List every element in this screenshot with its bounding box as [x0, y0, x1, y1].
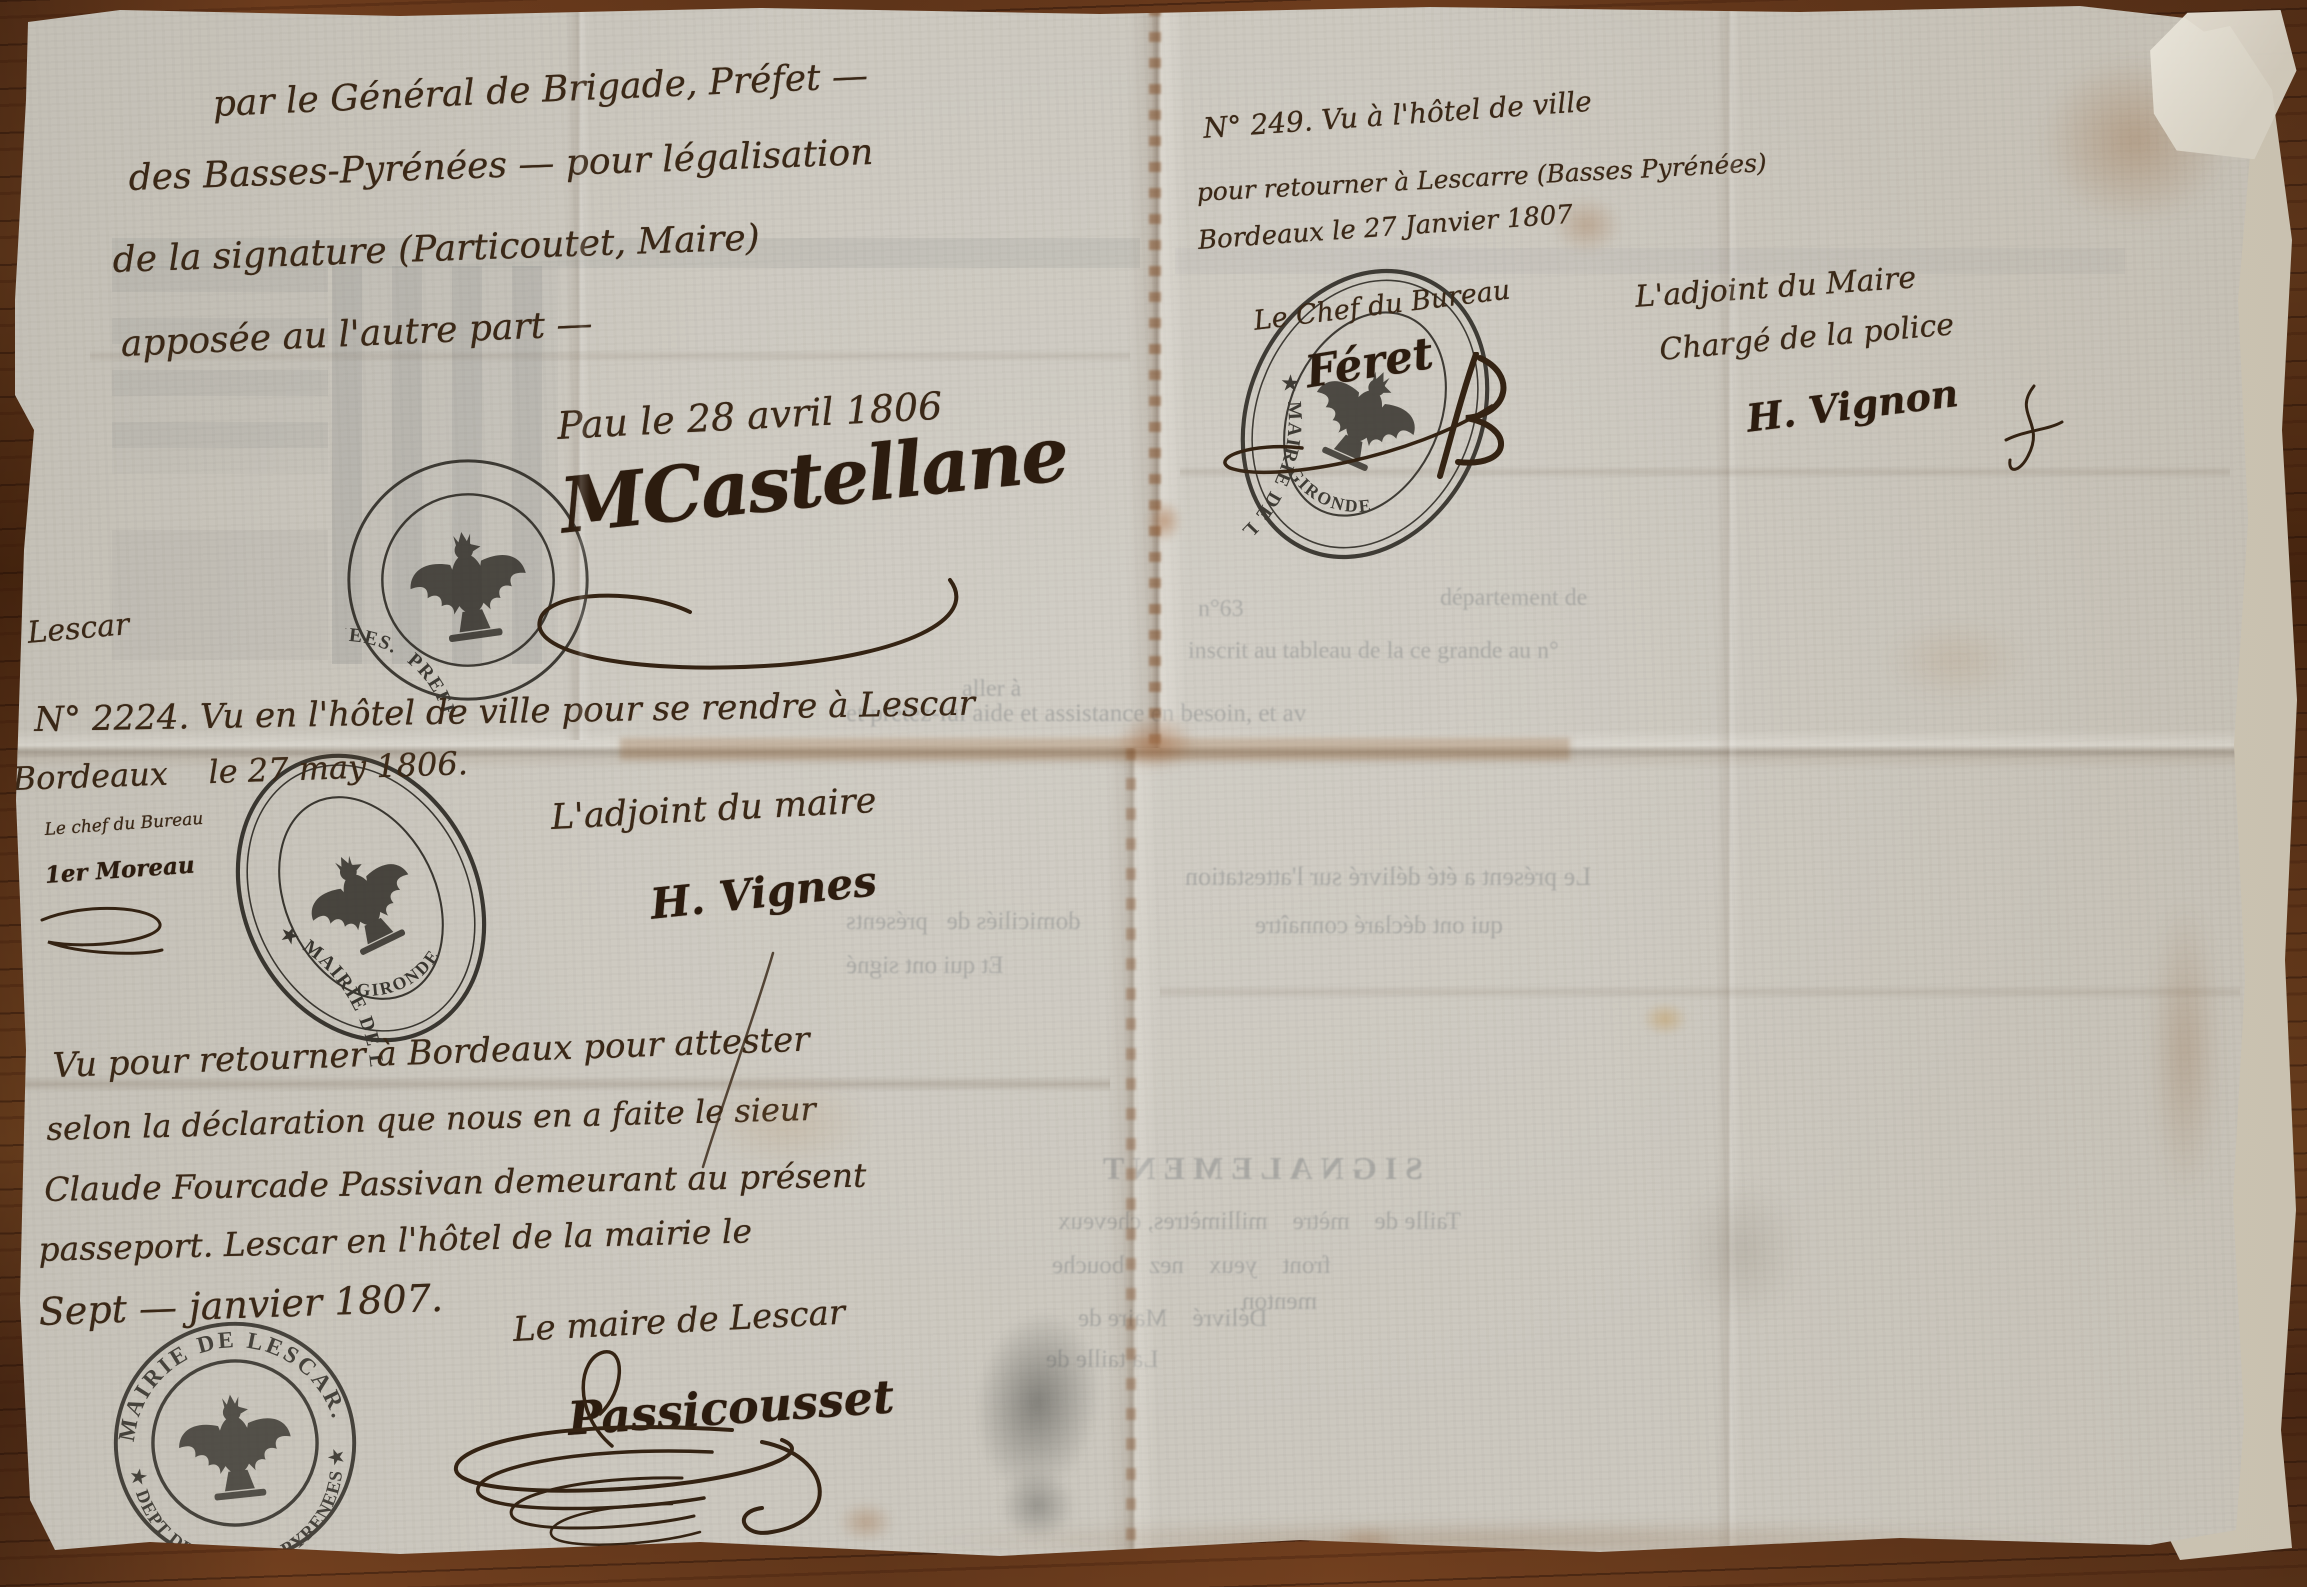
- signature-moreau: 1er Moreau: [44, 852, 195, 889]
- print-fragment: n°63: [1198, 596, 1244, 623]
- title-charge-de-la-police: Chargé de la police: [1658, 307, 1955, 368]
- title-adjoint-du-maire: L'adjoint du maire: [550, 781, 877, 838]
- foxing-stain: [1642, 1002, 1688, 1036]
- signature-flourish: [30, 898, 180, 968]
- print-fragment-mirrored: SIGNALEMENT: [1095, 1150, 1423, 1187]
- print-fragment-mirrored: Le présent a été délivré sur l'attestati…: [1185, 862, 1591, 892]
- print-fragment-mirrored: Taille de mètre millimètres, cheveux: [1058, 1208, 1461, 1236]
- print-fragment: département de: [1440, 585, 1587, 612]
- discoloration: [1885, 620, 2025, 700]
- horizontal-crease: [1160, 985, 2240, 999]
- imperial-eagle-icon: [404, 524, 534, 647]
- handwriting-line: pour retourner à Lescarre (Basses Pyréné…: [1196, 148, 1767, 207]
- handwriting-line: N° 249. Vu à l'hôtel de ville: [1202, 85, 1593, 145]
- handwriting-line: par le Général de Brigade, Préfet —: [212, 55, 869, 125]
- signature-loop: [552, 1342, 642, 1452]
- signature-vignon: H. Vignon: [1744, 370, 1961, 441]
- passport-document-sheet: n°63 département de inscrit au tableau d…: [0, 0, 2307, 1587]
- print-fragment-mirrored: front yeux nez bouche: [1052, 1252, 1331, 1280]
- stamp-mairie-lescar: MAIRIE DE LESCAR. ★ DEPT DES BASSES-PYRE…: [95, 1303, 374, 1582]
- print-ghost-grid: [112, 530, 328, 660]
- handwriting-line: N° 2224. Vu en l'hôtel de ville pour se …: [34, 684, 975, 740]
- ink-smudge: [1000, 1470, 1075, 1540]
- signature-vignes: H. Vignes: [648, 856, 879, 928]
- grey-smudge: [1680, 1180, 1800, 1320]
- rust-spot: [1146, 500, 1182, 542]
- photo-of-historical-passport-document: n°63 département de inscrit au tableau d…: [0, 0, 2307, 1587]
- handwriting-line: des Basses-Pyrénées — pour légalisation: [128, 132, 874, 199]
- print-fragment-mirrored: Et qui ont signé: [846, 952, 1004, 980]
- handwriting-line: Claude Fourcade Passivan demeurant au pr…: [44, 1156, 867, 1209]
- signature-flourish: [520, 560, 990, 690]
- print-fragment-mirrored: Délivré Maire de: [1078, 1305, 1268, 1333]
- title-chef-du-bureau: Le chef du Bureau: [44, 809, 204, 840]
- signature-paraph: [1998, 378, 2078, 488]
- vertical-crease: [1716, 10, 1740, 1548]
- signature-paraph: [1418, 352, 1538, 482]
- handwriting-line: passeport. Lescar en l'hôtel de la mairi…: [38, 1211, 752, 1269]
- print-fragment-mirrored: qui ont déclaré connaître: [1255, 912, 1503, 940]
- handwriting-date-janvier-1807: Sept — janvier 1807.: [38, 1276, 444, 1334]
- print-fragment-mirrored: domiciliés de présents: [846, 908, 1081, 936]
- print-ghost-grid: [112, 266, 328, 474]
- vertical-fold-line: [1128, 6, 1186, 748]
- print-fragment-mirrored: La taille de: [1046, 1346, 1158, 1374]
- fold-stain-stipple: [1149, 6, 1161, 748]
- crowned-imperial-eagle-icon: [174, 1389, 296, 1504]
- print-fragment: inscrit au tableau de la ce grande au n°: [1188, 638, 1559, 665]
- edge-browning: [2150, 900, 2220, 1200]
- fold-brown-stain: [620, 738, 1570, 760]
- signature-coil-flourish: [432, 1412, 862, 1552]
